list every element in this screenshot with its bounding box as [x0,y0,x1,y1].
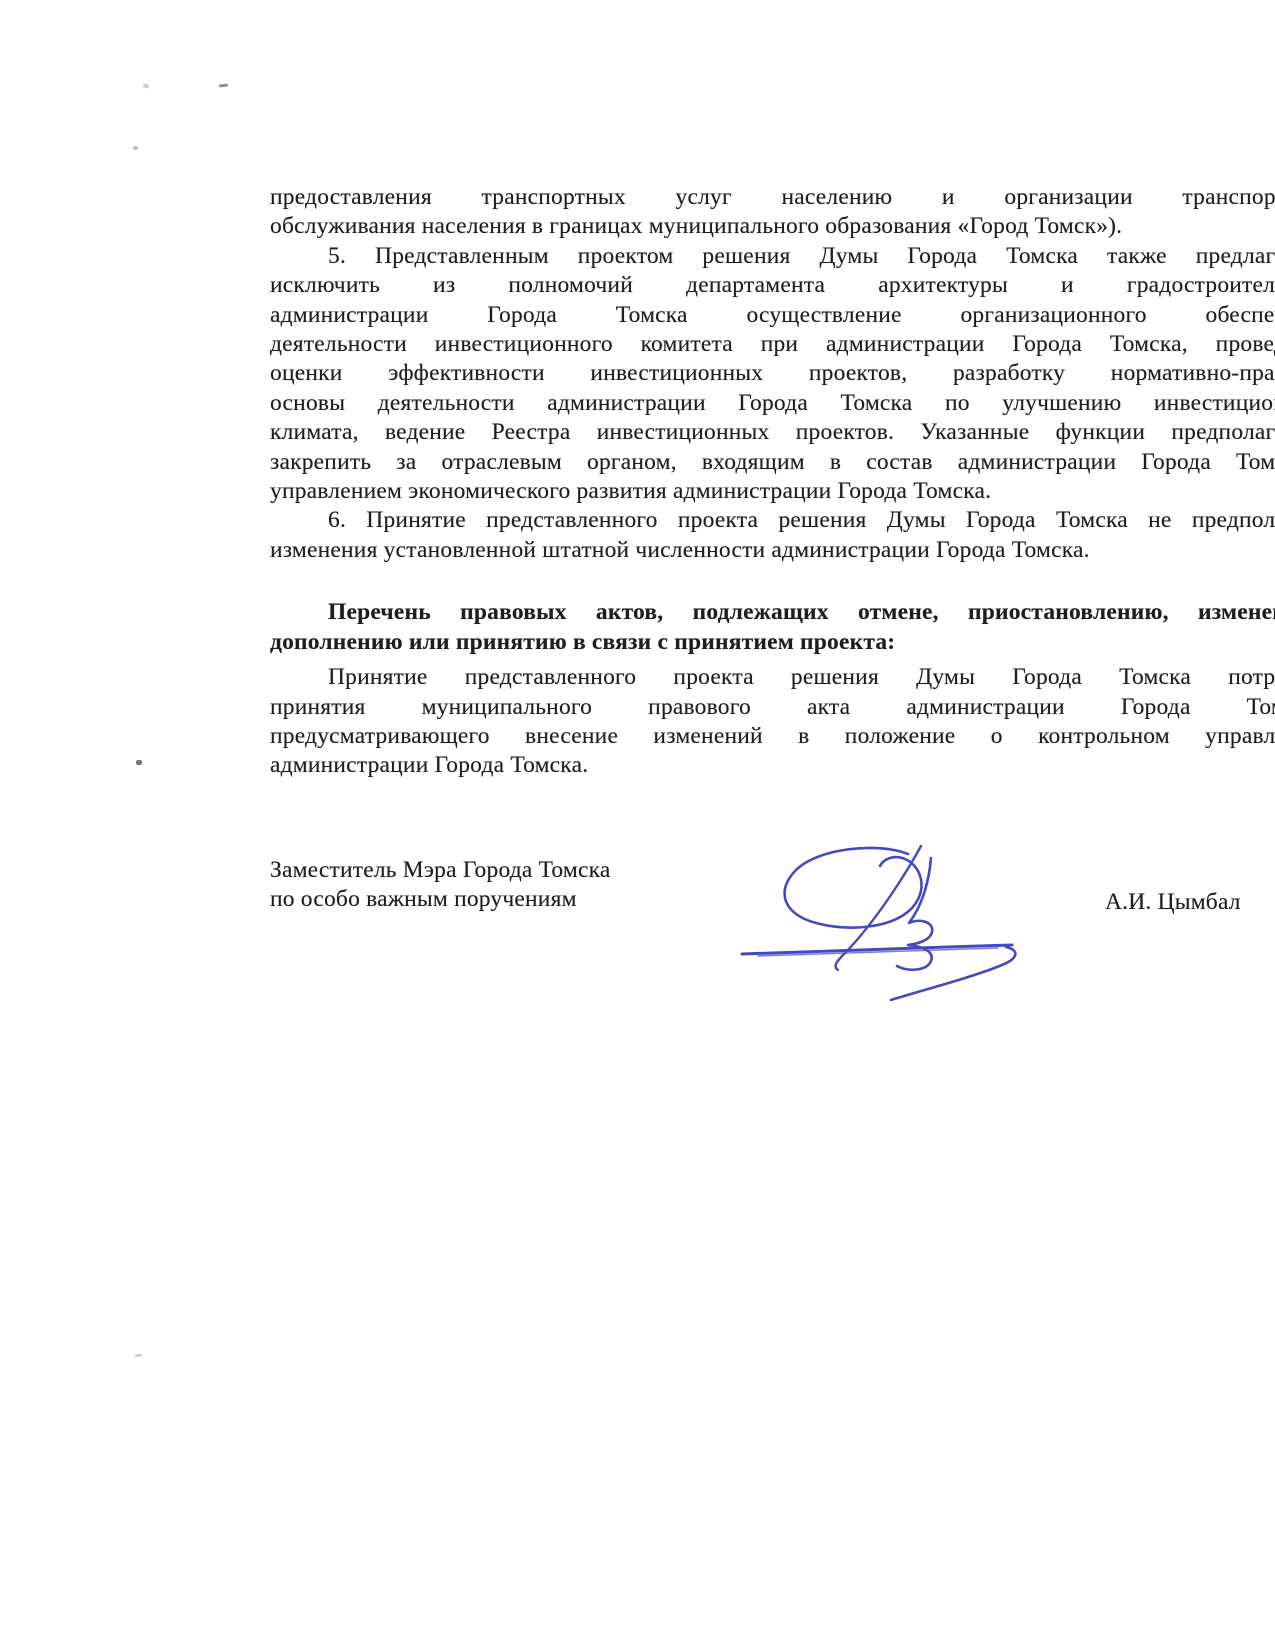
body-text-line: управлением экономического развития адми… [270,477,1275,506]
body-text-line: климата, ведение Реестра инвестиционных … [270,418,1275,447]
scan-speck [133,146,138,150]
body-text-line: изменения установленной штатной численно… [270,536,1275,565]
closing-text-line: администрации Города Томска. [270,751,1275,780]
signer-position-line: по особо важным поручениям [270,885,610,914]
body-text-line: 5. Представленным проектом решения Думы … [270,242,1275,271]
scanned-document-page: предоставления транспортных услуг населе… [0,0,1275,1650]
closing-paragraph: Принятие представленного проекта решения… [270,663,1275,781]
body-text-line: закрепить за отраслевым органом, входящи… [270,448,1275,477]
body-text-line: администрации Города Томска осуществлени… [270,301,1275,330]
body-text-line: 6. Принятие представленного проекта реше… [270,506,1275,535]
body-text-line: предоставления транспортных услуг населе… [270,183,1275,212]
body-text-line: исключить из полномочий департамента арх… [270,271,1275,300]
body-text-line: деятельности инвестиционного комитета пр… [270,330,1275,359]
document-body: предоставления транспортных услуг населе… [270,183,1275,781]
signature-ink [688,824,1022,1006]
signer-name: А.И. Цымбал [1105,888,1241,917]
body-text-line: оценки эффективности инвестиционных прое… [270,359,1275,388]
body-text-line: обслуживания населения в границах муници… [270,212,1275,241]
scan-speck [135,1354,142,1357]
heading-text-line: дополнению или принятию в связи с принят… [270,628,1275,657]
scan-speck [142,83,149,89]
closing-text-line: принятия муниципального правового акта а… [270,693,1275,722]
scan-speck [136,760,142,765]
heading-text-line: Перечень правовых актов, подлежащих отме… [270,598,1275,627]
signoff-block: Заместитель Мэра Города Томска по особо … [270,856,610,915]
closing-text-line: предусматривающего внесение изменений в … [270,722,1275,751]
closing-text-line: Принятие представленного проекта решения… [270,663,1275,692]
body-text-line: основы деятельности администрации Города… [270,389,1275,418]
scan-speck [219,84,228,88]
signer-position-line: Заместитель Мэра Города Томска [270,856,610,885]
acts-list-heading: Перечень правовых актов, подлежащих отме… [270,598,1275,657]
